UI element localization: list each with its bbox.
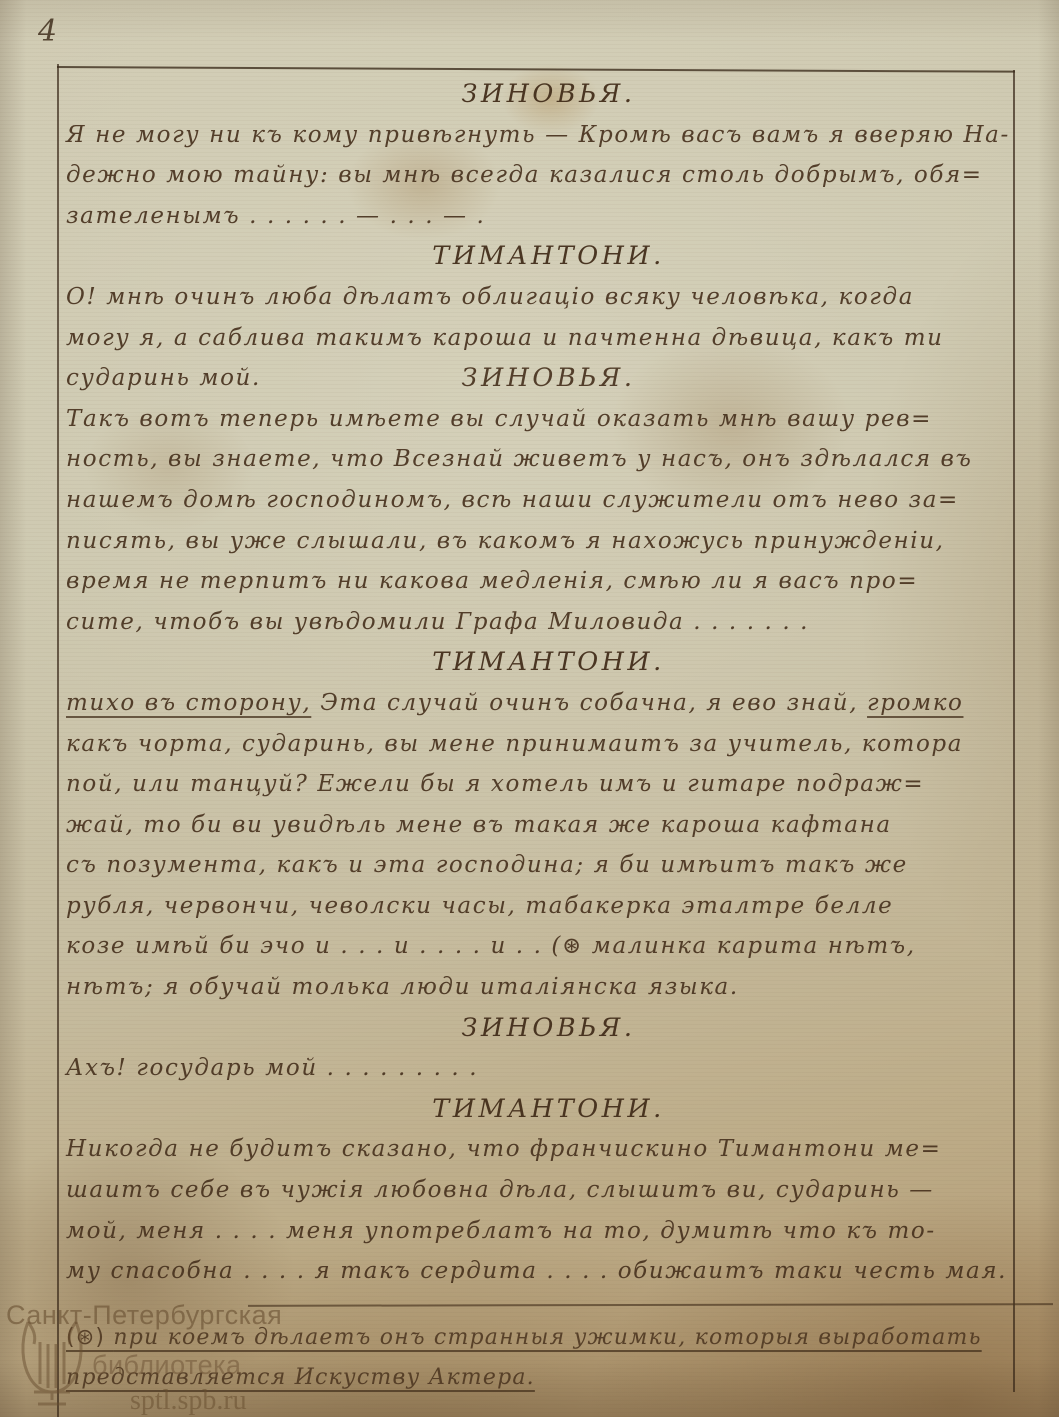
manuscript-line: Я не могу ни къ кому привѣгнуть — Кромѣ …	[66, 115, 1031, 156]
manuscript-line: ность, вы знаете, что Всезнай живетъ у н…	[66, 439, 1031, 480]
manuscript-line: писять, вы уже слышали, въ какомъ я нахо…	[66, 521, 1031, 562]
speaker-heading: ТИМАНТОНИ.	[66, 1089, 1031, 1130]
manuscript-line: могу я, а саблива такимъ кароша и пачтен…	[66, 318, 1031, 359]
speaker-heading: ЗИНОВЬЯ.	[462, 358, 636, 399]
manuscript-line: нѣтъ; я обучай толька люди италіянска яз…	[66, 967, 1031, 1008]
frame-rule-top	[57, 66, 1015, 73]
manuscript-line: дежно мою тайну: вы мнѣ всегда казалися …	[66, 155, 1031, 196]
manuscript-page: 4 ЗИНОВЬЯ.Я не могу ни къ кому привѣгнут…	[0, 0, 1059, 1417]
speaker-heading: ЗИНОВЬЯ.	[66, 1008, 1031, 1049]
manuscript-line: О! мнѣ очинъ люба дѣлатъ облигаціо всяку…	[66, 277, 1031, 318]
manuscript-line: жай, то би ви увидѣль мене въ такая же к…	[66, 805, 1031, 846]
page-number: 4	[38, 14, 57, 49]
manuscript-line: зателенымъ . . . . . . — . . . — .	[66, 196, 1031, 237]
manuscript-line: Никогда не будитъ сказано, что франчиски…	[66, 1129, 1031, 1170]
manuscript-line: пой, или танцуй? Ежели бы я хотель имъ и…	[66, 764, 1031, 805]
manuscript-line: тихо въ сторону, Эта случай очинъ собачн…	[66, 683, 1031, 724]
manuscript-line: сите, чтобъ вы увѣдомили Графа Миловида …	[66, 602, 1031, 643]
manuscript-line: нашемъ домѣ господиномъ, всѣ наши служит…	[66, 480, 1031, 521]
line-with-inline-heading: сударинь мой.ЗИНОВЬЯ.	[66, 358, 1031, 399]
speaker-heading: ТИМАНТОНИ.	[66, 642, 1031, 683]
manuscript-line: мой, меня . . . . меня употреблатъ на то…	[66, 1211, 1031, 1252]
manuscript-line: шаитъ себе въ чужія любовна дѣла, слышит…	[66, 1170, 1031, 1211]
footnote-line: представляется Искуству Актера.	[66, 1358, 1031, 1399]
manuscript-line: Ахъ! государь мой . . . . . . . . .	[66, 1048, 1031, 1089]
manuscript-line: му спасобна . . . . я такъ сердита . . .…	[66, 1251, 1031, 1292]
frame-rule-left	[57, 64, 59, 1417]
speaker-heading: ТИМАНТОНИ.	[66, 236, 1031, 277]
manuscript-rows: ЗИНОВЬЯ.Я не могу ни къ кому привѣгнуть …	[66, 74, 1031, 1399]
speaker-heading: ЗИНОВЬЯ.	[66, 74, 1031, 115]
manuscript-line: съ позумента, какъ и эта господина; я би…	[66, 845, 1031, 886]
manuscript-line: сударинь мой.	[66, 365, 261, 391]
manuscript-line: Такъ вотъ теперь имѣете вы случай оказат…	[66, 399, 1031, 440]
manuscript-line: какъ чорта, сударинь, вы мене принимаитъ…	[66, 724, 1031, 765]
manuscript-line: время не терпитъ ни какова медленія, смѣ…	[66, 561, 1031, 602]
footnote-reference-mark: (⊛)	[66, 1325, 113, 1350]
manuscript-line: рубля, червончи, чеволски часы, табакерк…	[66, 886, 1031, 927]
manuscript-line: козе имѣй би эчо и . . . и . . . . и . .…	[66, 926, 1031, 967]
footnote-line: (⊛) при коемъ дѣлаетъ онъ странныя ужимк…	[66, 1318, 1031, 1359]
footnote-separator-rule	[66, 1292, 1031, 1318]
